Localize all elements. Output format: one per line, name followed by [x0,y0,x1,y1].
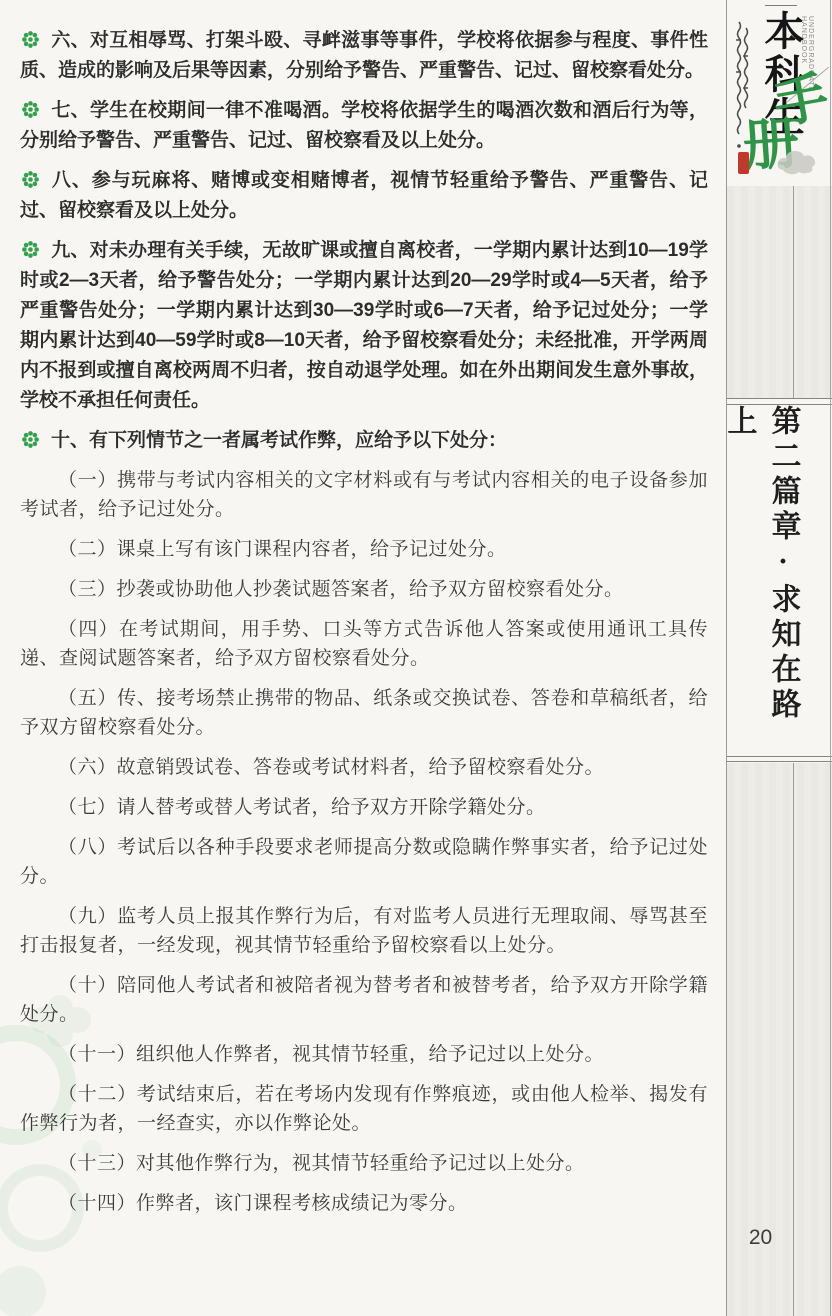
knot-icon [20,239,41,260]
section-paragraph: 七、学生在校期间一律不准喝酒。学校将依据学生的喝酒次数和酒后行为等，分别给予警告… [20,96,708,156]
handbook-logo: 本科生 UNDERGRADUATE HANDBOOK 手 册 [727,0,832,186]
subitem-paragraph: （六）故意销毁试卷、答卷或考试材料者，给予留校察看处分。 [20,753,708,782]
subitem-paragraph: （九）监考人员上报其作弊行为后，有对监考人员进行无理取闹、辱骂甚至打击报复者，一… [20,902,708,960]
section-paragraph: 十、有下列情节之一者属考试作弊，应给予以下处分： [20,426,708,456]
section-paragraph: 六、对互相辱骂、打架斗殴、寻衅滋事等事件，学校将依据参与程度、事件性质、造成的影… [20,26,708,86]
subitem-paragraph: （七）请人替考或替人考试者，给予双方开除学籍处分。 [20,793,708,822]
subitem-list: （一）携带与考试内容相关的文字材料或有与考试内容相关的电子设备参加考试者，给予记… [20,466,708,1218]
top-tick-line [765,5,797,6]
subitem-paragraph: （四）在考试期间，用手势、口头等方式告诉他人答案或使用通讯工具传递、查阅试题答案… [20,615,708,673]
subitem-paragraph: （五）传、接考场禁止携带的物品、纸条或交换试卷、答卷和草稿纸者，给予双方留校察看… [20,684,708,742]
knot-icon [20,99,41,120]
sidebar: 本科生 UNDERGRADUATE HANDBOOK 手 册 第二篇章·求知在路… [726,0,832,1316]
knot-icon [20,169,41,190]
sidebar-divider-line-top [727,398,832,399]
red-seal [738,152,749,174]
subitem-paragraph: （三）抄袭或协助他人抄袭试题答案者，给予双方留校察看处分。 [20,575,708,604]
subitem-paragraph: （一）携带与考试内容相关的文字材料或有与考试内容相关的电子设备参加考试者，给予记… [20,466,708,524]
main-content: 六、对互相辱骂、打架斗殴、寻衅滋事等事件，学校将依据参与程度、事件性质、造成的影… [0,0,726,1316]
section-paragraph: 九、对未办理有关手续，无故旷课或擅自离校者，一学期内累计达到10—19学时或2—… [20,236,708,416]
section-text: 七、学生在校期间一律不准喝酒。学校将依据学生的喝酒次数和酒后行为等，分别给予警告… [20,100,708,151]
sidebar-gray-top [727,186,832,398]
subitem-paragraph: （二）课桌上写有该门课程内容者，给予记过处分。 [20,535,708,564]
section-text: 八、参与玩麻将、赌博或变相赌博者，视情节轻重给予警告、严重警告、记过、留校察看及… [20,170,708,221]
cloud-icon [775,146,819,176]
section-text: 六、对互相辱骂、打架斗殴、寻衅滋事等事件，学校将依据参与程度、事件性质、造成的影… [20,30,708,81]
section-paragraph: 八、参与玩麻将、赌博或变相赌博者，视情节轻重给予警告、严重警告、记过、留校察看及… [20,166,708,226]
knot-icon [20,29,41,50]
handbook-page: 六、对互相辱骂、打架斗殴、寻衅滋事等事件，学校将依据参与程度、事件性质、造成的影… [0,0,832,1316]
subitem-paragraph: （十）陪同他人考试者和被陪者视为替考者和被替考者，给予双方开除学籍处分。 [20,971,708,1029]
subitem-paragraph: （十四）作弊者，该门课程考核成绩记为零分。 [20,1189,708,1218]
page-number: 20 [727,1226,794,1250]
page-right-edge [830,0,831,1316]
section-text: 十、有下列情节之一者属考试作弊，应给予以下处分： [51,430,507,451]
subitem-paragraph: （八）考试后以各种手段要求老师提高分数或隐瞒作弊事实者，给予记过处分。 [20,833,708,891]
chapter-title-panel: 第二篇章·求知在路上 [727,404,832,757]
section-text: 九、对未办理有关手续，无故旷课或擅自离校者，一学期内累计达到10—19学时或2—… [20,240,708,411]
chapter-title: 第二篇章·求知在路上 [727,405,794,756]
subitem-paragraph: （十一）组织他人作弊者，视其情节轻重，给予记过以上处分。 [20,1040,708,1069]
sidebar-divider-line-bottom [727,761,832,762]
knot-icon [20,429,41,450]
subitem-paragraph: （十二）考试结束后，若在考场内发现有作弊痕迹，或由他人检举、揭发有作弊行为者，一… [20,1080,708,1138]
section-list: 六、对互相辱骂、打架斗殴、寻衅滋事等事件，学校将依据参与程度、事件性质、造成的影… [20,26,708,456]
subitem-paragraph: （十三）对其他作弊行为，视其情节轻重给予记过以上处分。 [20,1149,708,1178]
